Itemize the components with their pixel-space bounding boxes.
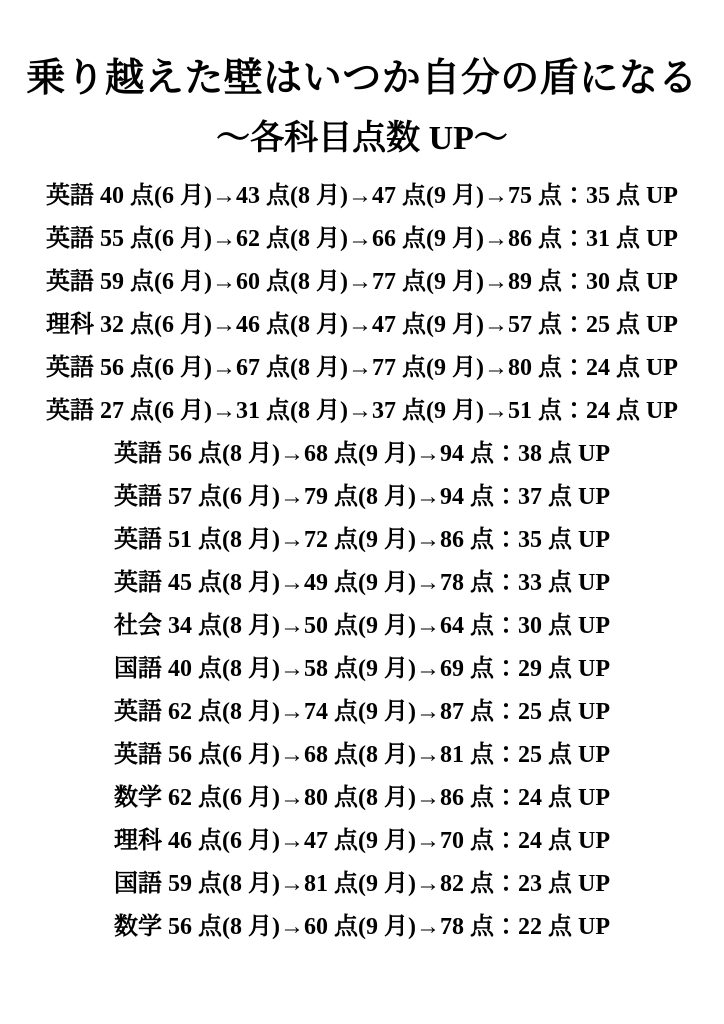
score-line: 英語 59 点(6 月)→60 点(8 月)→77 点(9 月)→89 点：30…: [0, 261, 724, 304]
score-line: 理科 32 点(6 月)→46 点(8 月)→47 点(9 月)→57 点：25…: [0, 304, 724, 347]
score-line: 英語 57 点(6 月)→79 点(8 月)→94 点：37 点 UP: [0, 476, 724, 519]
score-line: 社会 34 点(8 月)→50 点(9 月)→64 点：30 点 UP: [0, 605, 724, 648]
score-line: 国語 59 点(8 月)→81 点(9 月)→82 点：23 点 UP: [0, 863, 724, 906]
score-line: 英語 56 点(6 月)→68 点(8 月)→81 点：25 点 UP: [0, 734, 724, 777]
score-line: 英語 40 点(6 月)→43 点(8 月)→47 点(9 月)→75 点：35…: [0, 175, 724, 218]
score-line: 国語 40 点(8 月)→58 点(9 月)→69 点：29 点 UP: [0, 648, 724, 691]
score-line: 数学 56 点(8 月)→60 点(9 月)→78 点：22 点 UP: [0, 906, 724, 949]
page-title: 乗り越えた壁はいつか自分の盾になる: [0, 48, 724, 110]
document-page: 乗り越えた壁はいつか自分の盾になる ～各科目点数 UP～ 英語 40 点(6 月…: [0, 0, 724, 1024]
score-line: 英語 56 点(8 月)→68 点(9 月)→94 点：38 点 UP: [0, 433, 724, 476]
score-line: 英語 51 点(8 月)→72 点(9 月)→86 点：35 点 UP: [0, 519, 724, 562]
score-line: 英語 27 点(6 月)→31 点(8 月)→37 点(9 月)→51 点：24…: [0, 390, 724, 433]
score-line: 英語 55 点(6 月)→62 点(8 月)→66 点(9 月)→86 点：31…: [0, 218, 724, 261]
page-subtitle: ～各科目点数 UP～: [0, 110, 724, 168]
score-line: 英語 45 点(8 月)→49 点(9 月)→78 点：33 点 UP: [0, 562, 724, 605]
score-line: 英語 56 点(6 月)→67 点(8 月)→77 点(9 月)→80 点：24…: [0, 347, 724, 390]
score-line: 理科 46 点(6 月)→47 点(9 月)→70 点：24 点 UP: [0, 820, 724, 863]
score-list: 英語 40 点(6 月)→43 点(8 月)→47 点(9 月)→75 点：35…: [0, 175, 724, 949]
score-line: 英語 62 点(8 月)→74 点(9 月)→87 点：25 点 UP: [0, 691, 724, 734]
score-line: 数学 62 点(6 月)→80 点(8 月)→86 点：24 点 UP: [0, 777, 724, 820]
